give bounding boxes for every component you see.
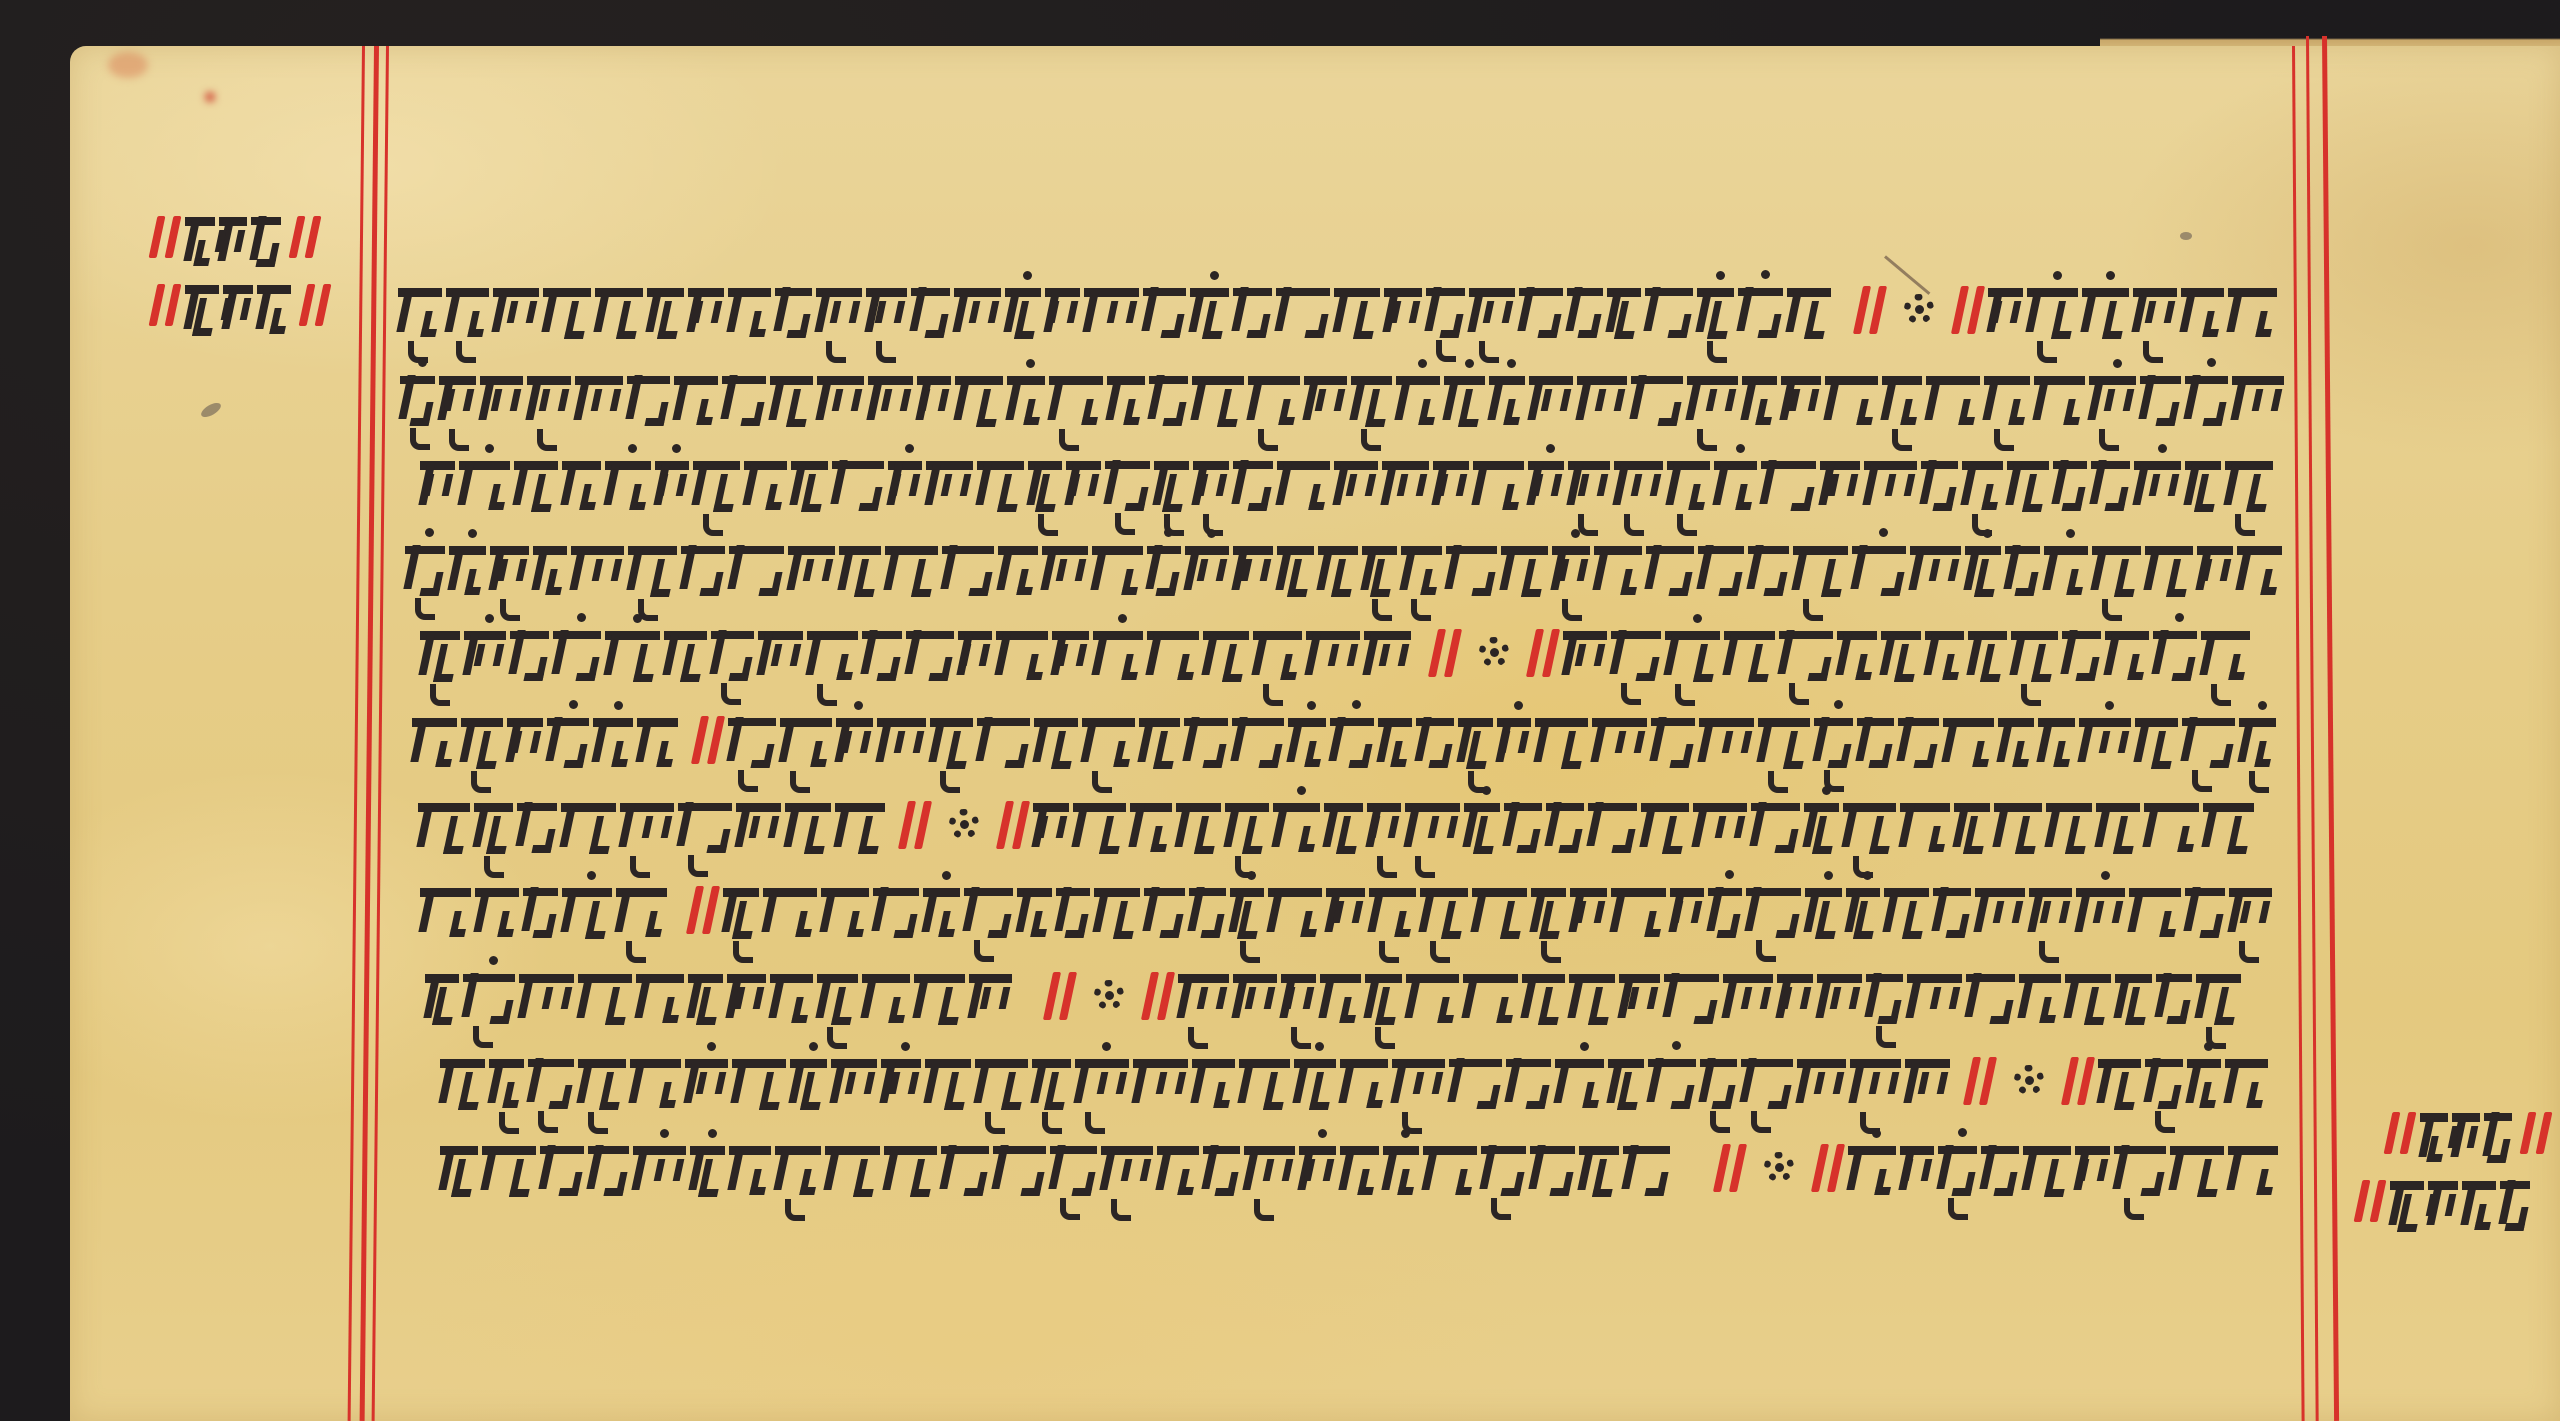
akshara-glyph bbox=[1082, 718, 1135, 773]
akshara-glyph bbox=[1423, 1146, 1477, 1201]
akshara-glyph bbox=[1369, 888, 1416, 943]
akshara-glyph bbox=[461, 718, 503, 773]
akshara-glyph bbox=[1687, 376, 1737, 431]
akshara-glyph bbox=[1567, 288, 1603, 342]
akshara-glyph bbox=[1938, 1146, 1977, 1200]
akshara-glyph bbox=[993, 1146, 1046, 1200]
akshara-glyph bbox=[2196, 974, 2241, 1029]
akshara-glyph bbox=[420, 461, 455, 516]
akshara-glyph bbox=[1426, 288, 1465, 342]
akshara-glyph bbox=[831, 1059, 877, 1114]
akshara-glyph bbox=[578, 974, 632, 1029]
akshara-glyph bbox=[693, 461, 740, 516]
akshara-glyph bbox=[2228, 1146, 2278, 1201]
script-run bbox=[1848, 1140, 2286, 1196]
akshara-glyph bbox=[2181, 288, 2224, 343]
akshara-glyph bbox=[1281, 974, 1316, 1029]
akshara-glyph bbox=[1034, 718, 1078, 773]
akshara-glyph bbox=[1569, 974, 1615, 1029]
akshara-glyph bbox=[425, 974, 459, 1029]
akshara-glyph bbox=[1592, 718, 1647, 773]
akshara-glyph bbox=[1497, 718, 1531, 773]
akshara-glyph bbox=[1748, 546, 1790, 600]
akshara-glyph bbox=[1365, 974, 1402, 1029]
akshara-glyph bbox=[996, 631, 1048, 686]
akshara-glyph bbox=[925, 1059, 971, 1114]
akshara-glyph bbox=[926, 461, 973, 516]
akshara-glyph bbox=[729, 1146, 771, 1201]
akshara-glyph bbox=[1651, 718, 1696, 772]
akshara-glyph bbox=[1670, 888, 1704, 943]
akshara-glyph bbox=[490, 546, 529, 601]
akshara-glyph bbox=[1531, 888, 1566, 943]
akshara-glyph bbox=[440, 1059, 485, 1114]
akshara-glyph bbox=[1351, 376, 1392, 431]
akshara-glyph bbox=[1926, 376, 1980, 431]
akshara-glyph bbox=[1866, 974, 1903, 1028]
akshara-glyph bbox=[1401, 546, 1442, 601]
akshara-glyph bbox=[791, 461, 828, 516]
akshara-glyph bbox=[1007, 376, 1045, 431]
akshara-glyph bbox=[1444, 376, 1486, 431]
akshara-glyph bbox=[836, 718, 873, 773]
script-run bbox=[400, 370, 2288, 426]
manuscript-line bbox=[0, 282, 2560, 338]
akshara-glyph bbox=[2114, 1146, 2166, 1200]
akshara-glyph bbox=[405, 546, 445, 600]
akshara-glyph bbox=[2062, 631, 2101, 685]
akshara-glyph bbox=[911, 288, 950, 342]
akshara-glyph bbox=[744, 461, 787, 516]
akshara-glyph bbox=[519, 974, 574, 1029]
akshara-glyph bbox=[1489, 376, 1525, 431]
akshara-glyph bbox=[1084, 288, 1139, 343]
akshara-glyph bbox=[763, 888, 818, 943]
akshara-glyph bbox=[1820, 461, 1860, 516]
script-run bbox=[728, 712, 2280, 768]
akshara-glyph bbox=[493, 288, 539, 343]
akshara-glyph bbox=[2019, 974, 2061, 1029]
akshara-glyph bbox=[2027, 288, 2078, 343]
akshara-glyph bbox=[1804, 803, 1839, 858]
akshara-glyph bbox=[2170, 1146, 2224, 1201]
akshara-glyph bbox=[420, 888, 471, 943]
akshara-glyph bbox=[1761, 461, 1816, 515]
script-run bbox=[420, 625, 1419, 681]
script-run bbox=[420, 455, 2288, 511]
akshara-glyph bbox=[1382, 461, 1429, 516]
akshara-glyph bbox=[2129, 888, 2181, 943]
akshara-glyph bbox=[1362, 546, 1397, 601]
akshara-glyph bbox=[1645, 288, 1693, 342]
akshara-glyph bbox=[969, 974, 1012, 1029]
akshara-glyph bbox=[1045, 288, 1080, 343]
akshara-glyph bbox=[1611, 631, 1661, 685]
manuscript-line bbox=[0, 882, 2560, 938]
akshara-glyph bbox=[595, 288, 643, 343]
akshara-glyph bbox=[1741, 1059, 1792, 1113]
akshara-glyph bbox=[1570, 888, 1608, 943]
akshara-glyph bbox=[1530, 1146, 1575, 1200]
akshara-glyph bbox=[2203, 803, 2254, 858]
akshara-glyph bbox=[523, 888, 558, 942]
akshara-glyph bbox=[543, 288, 591, 343]
akshara-glyph bbox=[540, 1146, 584, 1200]
circle-ornament-icon bbox=[2008, 1057, 2052, 1109]
akshara-glyph bbox=[770, 376, 813, 431]
akshara-glyph bbox=[1340, 1059, 1388, 1114]
akshara-glyph bbox=[2044, 546, 2088, 601]
akshara-glyph bbox=[1777, 974, 1813, 1029]
akshara-glyph bbox=[1528, 461, 1564, 516]
akshara-glyph bbox=[1042, 546, 1088, 601]
akshara-glyph bbox=[1646, 546, 1695, 600]
akshara-glyph bbox=[1178, 974, 1229, 1029]
akshara-glyph bbox=[2115, 974, 2152, 1029]
akshara-glyph bbox=[884, 1146, 937, 1201]
akshara-glyph bbox=[517, 803, 557, 857]
akshara-glyph bbox=[420, 631, 460, 686]
akshara-glyph bbox=[533, 546, 567, 601]
akshara-glyph bbox=[1446, 546, 1498, 600]
akshara-glyph bbox=[1975, 888, 2025, 943]
akshara-glyph bbox=[711, 631, 754, 685]
red-double-danda bbox=[1144, 972, 1174, 1024]
manuscript-text-block bbox=[0, 0, 2560, 1421]
akshara-glyph bbox=[1925, 631, 1964, 686]
akshara-glyph bbox=[655, 461, 689, 516]
akshara-glyph bbox=[862, 974, 910, 1029]
akshara-glyph bbox=[1233, 288, 1272, 342]
akshara-glyph bbox=[475, 888, 519, 943]
akshara-glyph bbox=[1631, 376, 1683, 430]
circle-ornament-icon bbox=[1898, 286, 1942, 338]
akshara-glyph bbox=[1501, 546, 1548, 601]
akshara-glyph bbox=[1898, 718, 1939, 772]
akshara-glyph bbox=[1239, 1059, 1290, 1114]
akshara-glyph bbox=[418, 803, 470, 858]
akshara-glyph bbox=[1667, 461, 1710, 516]
akshara-glyph bbox=[605, 631, 660, 686]
akshara-glyph bbox=[1968, 631, 2007, 686]
akshara-glyph bbox=[1130, 803, 1172, 858]
akshara-glyph bbox=[1848, 1146, 1896, 1201]
akshara-glyph bbox=[2232, 376, 2284, 431]
akshara-glyph bbox=[636, 974, 684, 1029]
akshara-glyph bbox=[1817, 974, 1862, 1029]
akshara-glyph bbox=[2005, 546, 2041, 600]
akshara-glyph bbox=[1881, 631, 1921, 686]
akshara-glyph bbox=[628, 546, 677, 601]
script-run bbox=[1178, 968, 2274, 1024]
akshara-glyph bbox=[1793, 546, 1847, 601]
akshara-glyph bbox=[1330, 718, 1374, 772]
akshara-glyph bbox=[562, 461, 601, 516]
akshara-glyph bbox=[1933, 888, 1971, 942]
akshara-glyph bbox=[1943, 718, 1994, 773]
akshara-glyph bbox=[510, 631, 549, 685]
akshara-glyph bbox=[923, 888, 961, 943]
red-double-danda bbox=[689, 886, 719, 938]
akshara-glyph bbox=[1664, 974, 1719, 1028]
script-run bbox=[440, 1140, 1704, 1196]
akshara-glyph bbox=[1304, 376, 1348, 431]
akshara-glyph bbox=[1954, 803, 1990, 858]
akshara-glyph bbox=[2187, 1059, 2220, 1114]
akshara-glyph bbox=[1299, 1146, 1336, 1201]
akshara-glyph bbox=[1384, 288, 1422, 343]
akshara-glyph bbox=[1277, 546, 1314, 601]
akshara-glyph bbox=[1318, 546, 1359, 601]
akshara-glyph bbox=[1320, 974, 1361, 1029]
akshara-glyph bbox=[1189, 888, 1226, 942]
akshara-glyph bbox=[474, 803, 514, 858]
akshara-glyph bbox=[1094, 888, 1141, 943]
akshara-glyph bbox=[2237, 546, 2283, 601]
akshara-glyph bbox=[1192, 1059, 1235, 1114]
akshara-glyph bbox=[1738, 288, 1783, 342]
akshara-glyph bbox=[1193, 461, 1229, 516]
akshara-glyph bbox=[575, 376, 622, 431]
akshara-glyph bbox=[1742, 376, 1778, 431]
akshara-glyph bbox=[1017, 888, 1052, 943]
akshara-glyph bbox=[1101, 1146, 1153, 1201]
akshara-glyph bbox=[1846, 888, 1880, 943]
akshara-glyph bbox=[1746, 888, 1801, 942]
akshara-glyph bbox=[1056, 888, 1090, 942]
akshara-glyph bbox=[1522, 974, 1565, 1029]
manuscript-line bbox=[0, 1053, 2560, 1109]
akshara-glyph bbox=[1907, 974, 1962, 1029]
akshara-glyph bbox=[1900, 803, 1950, 858]
akshara-glyph bbox=[620, 803, 675, 858]
akshara-glyph bbox=[728, 718, 776, 772]
akshara-glyph bbox=[1472, 888, 1527, 943]
akshara-glyph bbox=[873, 888, 919, 942]
akshara-glyph bbox=[446, 288, 489, 343]
akshara-glyph bbox=[2046, 803, 2092, 858]
akshara-glyph bbox=[1192, 376, 1243, 431]
akshara-glyph bbox=[439, 376, 477, 431]
manuscript-line bbox=[0, 540, 2560, 596]
akshara-glyph bbox=[1473, 461, 1524, 516]
akshara-glyph bbox=[1420, 888, 1469, 943]
akshara-glyph bbox=[1276, 288, 1330, 342]
akshara-glyph bbox=[942, 546, 994, 600]
akshara-glyph bbox=[1378, 718, 1412, 773]
akshara-glyph bbox=[1714, 461, 1757, 516]
akshara-glyph bbox=[941, 1146, 989, 1200]
akshara-glyph bbox=[1994, 803, 2042, 858]
akshara-glyph bbox=[1850, 1059, 1900, 1114]
manuscript-line bbox=[0, 370, 2560, 426]
akshara-glyph bbox=[1535, 718, 1588, 773]
akshara-glyph bbox=[2076, 888, 2125, 943]
akshara-glyph bbox=[775, 1146, 821, 1201]
akshara-glyph bbox=[1506, 1059, 1550, 1113]
akshara-glyph bbox=[727, 974, 766, 1029]
akshara-glyph bbox=[1579, 1146, 1619, 1201]
akshara-glyph bbox=[1334, 461, 1378, 516]
akshara-glyph bbox=[1697, 288, 1734, 343]
akshara-glyph bbox=[1641, 803, 1689, 858]
akshara-glyph bbox=[571, 546, 624, 601]
akshara-glyph bbox=[977, 718, 1030, 772]
akshara-glyph bbox=[1028, 461, 1062, 516]
akshara-glyph bbox=[1814, 718, 1853, 772]
akshara-glyph bbox=[681, 546, 726, 600]
akshara-glyph bbox=[1326, 888, 1365, 943]
akshara-glyph bbox=[977, 461, 1024, 516]
akshara-glyph bbox=[2096, 803, 2140, 858]
akshara-glyph bbox=[616, 888, 667, 943]
akshara-glyph bbox=[1405, 803, 1460, 858]
akshara-glyph bbox=[1233, 461, 1273, 515]
script-run bbox=[418, 797, 889, 853]
akshara-glyph bbox=[1837, 631, 1877, 686]
akshara-glyph bbox=[780, 718, 832, 773]
akshara-glyph bbox=[1504, 803, 1542, 857]
akshara-glyph bbox=[2239, 718, 2276, 773]
akshara-glyph bbox=[2082, 288, 2129, 343]
akshara-glyph bbox=[1623, 1146, 1670, 1200]
akshara-glyph bbox=[412, 718, 457, 773]
akshara-glyph bbox=[868, 376, 913, 431]
akshara-glyph bbox=[637, 718, 678, 773]
script-run bbox=[425, 968, 1034, 1024]
akshara-glyph bbox=[775, 288, 812, 342]
akshara-glyph bbox=[1608, 1059, 1645, 1114]
akshara-glyph bbox=[514, 461, 558, 516]
akshara-glyph bbox=[1294, 1059, 1336, 1114]
akshara-glyph bbox=[593, 718, 633, 773]
akshara-glyph bbox=[1852, 546, 1906, 600]
akshara-glyph bbox=[1665, 631, 1720, 686]
akshara-glyph bbox=[958, 631, 992, 686]
akshara-glyph bbox=[1758, 718, 1810, 773]
akshara-glyph bbox=[561, 803, 616, 858]
akshara-glyph bbox=[1203, 1146, 1240, 1200]
script-run bbox=[412, 712, 682, 768]
akshara-glyph bbox=[1050, 1146, 1097, 1200]
akshara-glyph bbox=[1700, 1059, 1738, 1113]
akshara-glyph bbox=[2140, 376, 2182, 430]
akshara-glyph bbox=[2091, 461, 2130, 515]
akshara-glyph bbox=[1107, 376, 1145, 431]
akshara-glyph bbox=[664, 631, 707, 686]
akshara-glyph bbox=[489, 1059, 524, 1114]
akshara-glyph bbox=[1157, 1146, 1199, 1201]
akshara-glyph bbox=[2185, 376, 2228, 430]
akshara-glyph bbox=[1588, 803, 1637, 857]
akshara-glyph bbox=[1032, 1059, 1071, 1114]
akshara-glyph bbox=[1005, 288, 1041, 343]
akshara-glyph bbox=[1965, 546, 2001, 601]
akshara-glyph bbox=[1139, 718, 1180, 773]
akshara-glyph bbox=[464, 631, 506, 686]
akshara-glyph bbox=[1340, 1146, 1379, 1201]
akshara-glyph bbox=[463, 974, 515, 1028]
akshara-glyph bbox=[817, 376, 864, 431]
akshara-glyph bbox=[480, 376, 523, 431]
akshara-glyph bbox=[877, 718, 927, 773]
akshara-glyph bbox=[1406, 974, 1459, 1029]
akshara-glyph bbox=[825, 1146, 880, 1201]
akshara-glyph bbox=[674, 376, 718, 431]
akshara-glyph bbox=[1232, 718, 1284, 772]
akshara-glyph bbox=[1277, 461, 1330, 516]
akshara-glyph bbox=[2225, 461, 2273, 516]
akshara-glyph bbox=[975, 1059, 1028, 1114]
akshara-glyph bbox=[1884, 888, 1930, 943]
akshara-glyph bbox=[2038, 718, 2075, 773]
akshara-glyph bbox=[440, 1146, 478, 1201]
script-run bbox=[420, 882, 677, 938]
akshara-glyph bbox=[1288, 718, 1327, 773]
akshara-glyph bbox=[1433, 461, 1469, 516]
akshara-glyph bbox=[1805, 888, 1842, 943]
akshara-glyph bbox=[605, 461, 651, 516]
akshara-glyph bbox=[998, 546, 1039, 601]
akshara-glyph bbox=[736, 803, 781, 858]
akshara-glyph bbox=[1614, 461, 1663, 516]
akshara-glyph bbox=[1306, 631, 1360, 686]
red-double-danda bbox=[999, 801, 1029, 853]
akshara-glyph bbox=[507, 718, 543, 773]
akshara-glyph bbox=[1416, 718, 1454, 772]
akshara-glyph bbox=[1396, 376, 1440, 431]
akshara-glyph bbox=[1364, 631, 1411, 686]
akshara-glyph bbox=[2075, 1146, 2110, 1201]
akshara-glyph bbox=[1049, 376, 1103, 431]
akshara-glyph bbox=[1203, 631, 1249, 686]
akshara-glyph bbox=[1268, 888, 1323, 943]
akshara-glyph bbox=[729, 546, 783, 600]
akshara-glyph bbox=[482, 1146, 536, 1201]
akshara-glyph bbox=[1611, 888, 1666, 943]
akshara-glyph bbox=[816, 288, 862, 343]
akshara-glyph bbox=[1546, 803, 1584, 857]
akshara-glyph bbox=[2144, 803, 2199, 858]
akshara-glyph bbox=[1857, 718, 1894, 772]
akshara-glyph bbox=[1698, 546, 1744, 600]
akshara-glyph bbox=[1147, 546, 1181, 600]
akshara-glyph bbox=[528, 1059, 574, 1113]
akshara-glyph bbox=[1981, 1146, 2019, 1200]
akshara-glyph bbox=[1392, 1059, 1444, 1114]
red-double-danda bbox=[1814, 1144, 1844, 1196]
red-double-danda bbox=[2064, 1057, 2094, 1109]
akshara-glyph bbox=[1648, 1059, 1695, 1113]
manuscript-line bbox=[0, 968, 2560, 1024]
akshara-glyph bbox=[578, 1059, 625, 1114]
akshara-glyph bbox=[1143, 288, 1186, 342]
akshara-glyph bbox=[832, 461, 884, 515]
akshara-glyph bbox=[1092, 546, 1144, 601]
akshara-glyph bbox=[1693, 803, 1747, 858]
akshara-glyph bbox=[914, 974, 965, 1029]
akshara-glyph bbox=[2034, 376, 2085, 431]
akshara-glyph bbox=[1998, 718, 2034, 773]
red-double-danda bbox=[1046, 972, 1076, 1024]
akshara-glyph bbox=[888, 461, 922, 516]
akshara-glyph bbox=[449, 546, 487, 601]
script-run bbox=[1988, 282, 2290, 338]
akshara-glyph bbox=[1843, 803, 1896, 858]
akshara-glyph bbox=[1529, 376, 1574, 431]
akshara-glyph bbox=[2079, 718, 2132, 773]
manuscript-line bbox=[0, 712, 2560, 768]
